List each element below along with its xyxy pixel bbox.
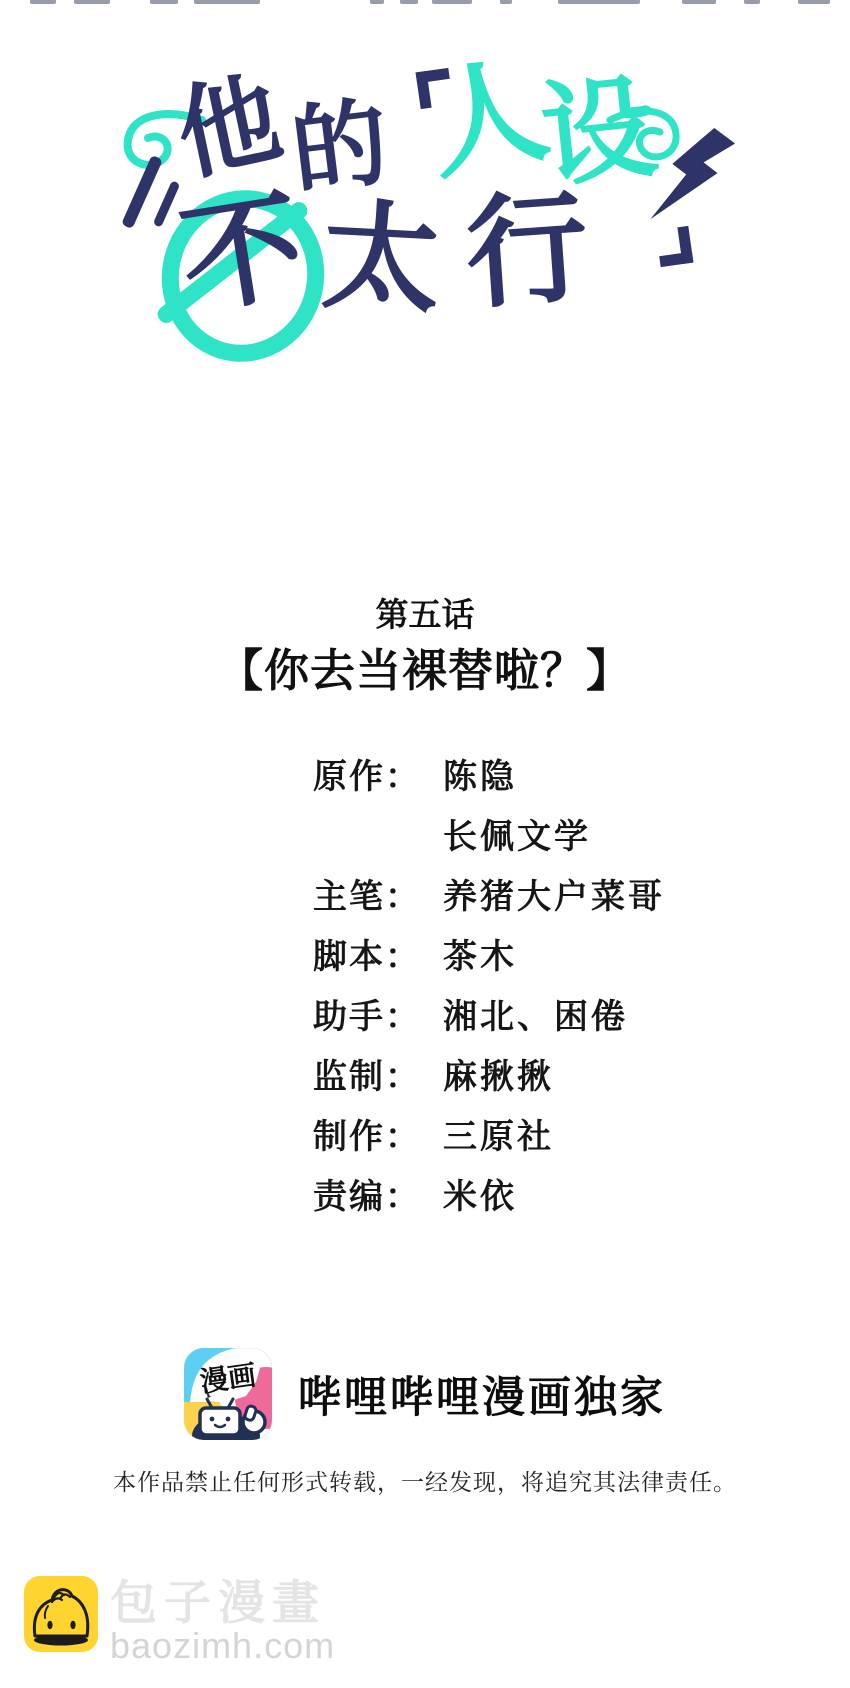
credit-value: 茶木 <box>443 929 517 978</box>
credit-label: 原作： <box>313 749 443 798</box>
credit-value: 长佩文学 <box>443 809 591 858</box>
panel-edge-fragment <box>432 0 472 4</box>
credit-row-editor: 责编： 米依 <box>313 1163 665 1223</box>
credit-label: 制作： <box>313 1109 443 1158</box>
logo-char-ren: 人 <box>418 50 556 188</box>
panel-edge-fragment <box>194 0 260 4</box>
panel-edge-fragment <box>30 0 56 4</box>
credit-label: 助手： <box>313 989 443 1038</box>
credit-row-original-publisher: 长佩文学 <box>313 803 665 863</box>
credit-value: 三原社 <box>443 1109 554 1158</box>
logo-char-ta: 他 <box>169 67 290 188</box>
logo-char-de: 的 <box>287 95 394 202</box>
credit-row-assistants: 助手： 湘北、困倦 <box>313 983 665 1043</box>
credit-value: 麻揪揪 <box>443 1049 554 1098</box>
bilibili-manga-app-icon: 漫画 <box>184 1348 272 1440</box>
credit-row-original-work: 原作： 陈隐 <box>313 743 665 803</box>
publisher-name: 哔哩哔哩漫画独家 <box>298 1364 666 1425</box>
logo-char-bu: 不 <box>173 185 310 322</box>
panel-edge-fragment <box>74 0 110 4</box>
panel-edge-fragment <box>400 0 418 4</box>
credit-row-supervisor: 监制： 麻揪揪 <box>313 1043 665 1103</box>
copyright-disclaimer: 本作品禁止任何形式转载，一经发现，将追究其法律责任。 <box>0 1464 850 1497</box>
credit-label: 责编： <box>313 1169 443 1218</box>
panel-edge-fragment <box>150 0 178 4</box>
credit-row-lead-artist: 主笔： 养猪大户菜哥 <box>313 863 665 923</box>
watermark-site-url: baozimh.com <box>110 1628 335 1664</box>
panel-edge-fragment <box>370 0 384 4</box>
credit-row-script: 脚本： 茶木 <box>313 923 665 983</box>
credit-row-production: 制作： 三原社 <box>313 1103 665 1163</box>
logo-char-tai: 太 <box>319 197 443 321</box>
baozi-bun-icon <box>24 1576 98 1654</box>
panel-edge-fragment <box>558 0 640 4</box>
credit-label: 监制： <box>313 1049 443 1098</box>
credits-list: 原作： 陈隐 长佩文学 主笔： 养猪大户菜哥 脚本： 茶木 助手： 湘北、困倦 … <box>313 743 665 1223</box>
credit-label: 主笔： <box>313 869 443 918</box>
credit-value: 米依 <box>443 1169 517 1218</box>
panel-edge-fragment <box>500 0 512 4</box>
chapter-number: 第五话 <box>0 589 850 636</box>
panel-edge-fragment <box>744 0 760 4</box>
credit-value: 湘北、困倦 <box>443 989 628 1038</box>
credit-value: 养猪大户菜哥 <box>443 869 665 918</box>
chapter-title: 【你去当裸替啦？】 <box>0 634 850 699</box>
series-title-logo: 他 的 人 设 不 太 行 <box>110 58 740 343</box>
baozimh-watermark: 包子漫畫 baozimh.com <box>24 1576 335 1664</box>
credit-label: 脚本： <box>313 929 443 978</box>
logo-char-xing: 行 <box>462 186 592 316</box>
credit-value: 陈隐 <box>443 749 517 798</box>
watermark-text: 包子漫畫 baozimh.com <box>110 1576 335 1664</box>
watermark-site-name: 包子漫畫 <box>110 1576 335 1630</box>
manga-credits-page: 他 的 人 设 不 太 行 第五话 【你去当裸替啦？】 原作： 陈隐 长佩文学 <box>0 0 850 1688</box>
publisher-row: 漫画 哔哩哔哩漫画独家 <box>0 1348 850 1440</box>
corner-quote-close-icon <box>656 226 694 267</box>
panel-edge-fragment <box>682 0 716 4</box>
panel-edge-fragment <box>798 0 830 4</box>
